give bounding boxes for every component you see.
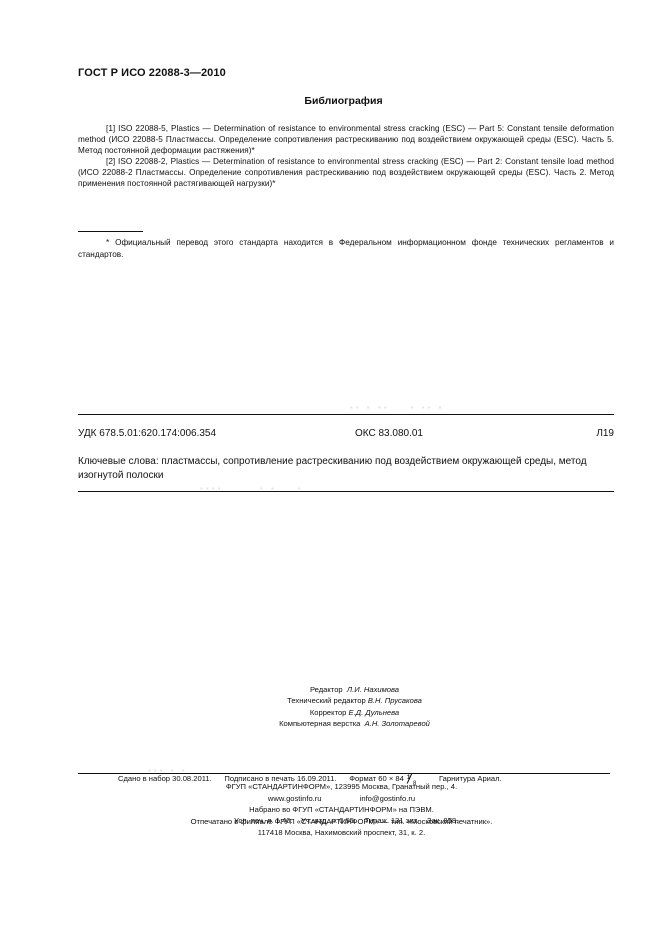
bibliography-list: [1] ISO 22088-5, Plastics — Determinatio… — [78, 123, 614, 189]
oks-code: ОКС 83.080.01 — [355, 428, 423, 439]
website-link[interactable]: www.gostinfo.ru — [268, 793, 322, 805]
email-link[interactable]: info@gostinfo.ru — [360, 793, 415, 805]
bibliography-entry: [2] ISO 22088-2, Plastics — Determinatio… — [78, 156, 614, 189]
footnote: * Официальный перевод этого стандарта на… — [78, 237, 614, 260]
publisher-address: ФГУП «СТАНДАРТИНФОРМ», 123995 Москва, Гр… — [22, 781, 661, 793]
udk-code: УДК 678.5.01:620.174:006.354 — [78, 428, 216, 439]
credit-label: Редактор — [310, 685, 343, 694]
credit-label: Технический редактор — [287, 696, 366, 705]
bibliography-entry: [1] ISO 22088-5, Plastics — Determinatio… — [78, 123, 614, 156]
keywords: Ключевые слова: пластмассы, сопротивлени… — [78, 455, 614, 482]
credit-layout: Компьютерная верстка А.Н. Золотаревой — [48, 718, 661, 729]
publisher-contacts: www.gostinfo.ru info@gostinfo.ru — [22, 793, 661, 805]
credit-label: Компьютерная верстка — [279, 719, 360, 728]
typeset-info: Набрано во ФГУП «СТАНДАРТИНФОРМ» на ПЭВМ… — [22, 804, 661, 816]
credit-editor: Редактор Л.И. Нахимова — [48, 684, 661, 695]
group-code: Л19 — [596, 428, 614, 439]
credit-corrector: Корректор Е.Д. Дульнева — [48, 707, 661, 718]
credit-name: В.Н. Прусакова — [368, 696, 422, 705]
credit-name: А.Н. Золотаревой — [365, 719, 430, 728]
show-through-artifact: ▪▪▪ ▪ ▪ — [148, 766, 188, 775]
credit-name: Л.И. Нахимова — [347, 685, 399, 694]
show-through-artifact: ▪▪▪▪ ▪ ▪ ▪ — [200, 484, 304, 493]
publisher-block: ФГУП «СТАНДАРТИНФОРМ», 123995 Москва, Гр… — [0, 781, 661, 839]
credit-name: Е.Д. Дульнева — [349, 708, 400, 717]
credits-block: Редактор Л.И. Нахимова Технический редак… — [0, 684, 661, 730]
document-id-header: ГОСТ Р ИСО 22088-3—2010 — [78, 67, 226, 79]
credit-label: Корректор — [310, 708, 347, 717]
printed-info: Отпечатано в филиале ФГУП «СТАНДАРТИНФОР… — [22, 816, 661, 828]
show-through-artifact: ▪▪ ▪ ▪▪ ▪ ▪▪ ▪ — [350, 403, 444, 412]
divider-top — [78, 414, 614, 415]
credit-tech-editor: Технический редактор В.Н. Прусакова — [48, 695, 661, 706]
divider-bottom — [78, 491, 614, 492]
footnote-separator — [78, 231, 143, 232]
classification-row: УДК 678.5.01:620.174:006.354 ОКС 83.080.… — [78, 428, 614, 439]
printer-address: 117418 Москва, Нахимовский проспект, 31,… — [22, 827, 661, 839]
footnote-text: * Официальный перевод этого стандарта на… — [78, 237, 614, 260]
bibliography-title: Библиография — [0, 95, 661, 107]
